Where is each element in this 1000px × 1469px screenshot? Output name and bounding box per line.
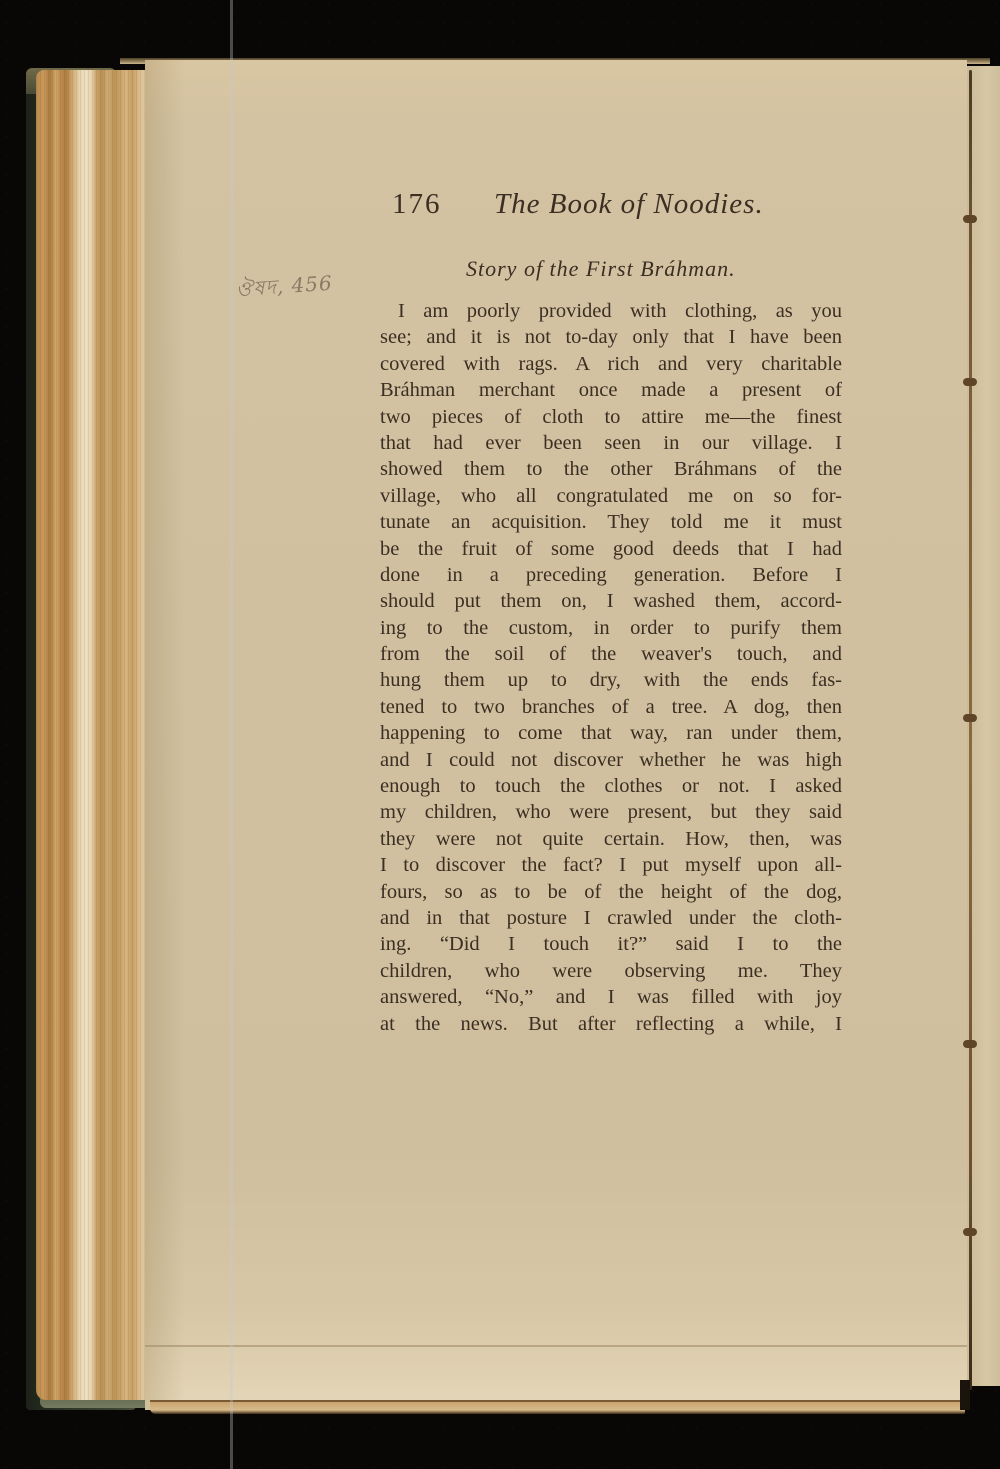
text-line: from the soil of the weaver's touch, and xyxy=(380,641,842,667)
text-line: should put them on, I washed them, accor… xyxy=(380,588,842,614)
text-line: see; and it is not to-day only that I ha… xyxy=(380,324,842,350)
text-line: answered, “No,” and I was filled with jo… xyxy=(380,984,842,1010)
page-block-edges xyxy=(36,70,156,1400)
text-line: showed them to the other Bráhmans of the xyxy=(380,456,842,482)
text-line: tened to two branches of a tree. A dog, … xyxy=(380,694,842,720)
text-line: Bráhman merchant once made a present of xyxy=(380,377,842,403)
thread-knot xyxy=(963,714,977,722)
text-line: village, who all congratulated me on so … xyxy=(380,483,842,509)
text-line: ing. “Did I touch it?” said I to the xyxy=(380,931,842,957)
binding-gap xyxy=(960,1380,970,1410)
page-bottom-fold xyxy=(145,1345,967,1347)
story-title: Story of the First Bráhman. xyxy=(466,256,736,282)
text-line: I to discover the fact? I put myself upo… xyxy=(380,852,842,878)
page-number: 176 xyxy=(392,188,442,221)
text-line: that had ever been seen in our village. … xyxy=(380,430,842,456)
text-line: covered with rags. A rich and very chari… xyxy=(380,351,842,377)
text-line: hung them up to dry, with the ends fas- xyxy=(380,667,842,693)
thread-knot xyxy=(963,1228,977,1236)
text-line: I am poorly provided with clothing, as y… xyxy=(380,298,842,324)
scanned-book-scene: 176 The Book of Noodies. ঔষদ, 456 Story … xyxy=(0,0,1000,1469)
text-line: they were not quite certain. How, then, … xyxy=(380,826,842,852)
running-head: 176 The Book of Noodies. xyxy=(0,188,1000,228)
text-line: tunate an acquisition. They told me it m… xyxy=(380,509,842,535)
text-line: and in that posture I crawled under the … xyxy=(380,905,842,931)
body-text: I am poorly provided with clothing, as y… xyxy=(380,298,842,1037)
running-title: The Book of Noodies. xyxy=(494,188,764,221)
thread-knot xyxy=(963,1040,977,1048)
text-line: done in a preceding generation. Before I xyxy=(380,562,842,588)
text-line: and I could not discover whether he was … xyxy=(380,747,842,773)
text-line: fours, so as to be of the height of the … xyxy=(380,879,842,905)
binding-thread xyxy=(969,70,972,1390)
text-line: at the news. But after reflecting a whil… xyxy=(380,1011,842,1037)
text-line: be the fruit of some good deeds that I h… xyxy=(380,536,842,562)
text-line: enough to touch the clothes or not. I as… xyxy=(380,773,842,799)
page-bottom-edge xyxy=(150,1400,965,1414)
text-line: two pieces of cloth to attire me—the fin… xyxy=(380,404,842,430)
pencil-margin-annotation: ঔষদ, 456 xyxy=(235,269,334,309)
text-line: ing to the custom, in order to purify th… xyxy=(380,615,842,641)
thread-knot xyxy=(963,378,977,386)
text-line: children, who were observing me. They xyxy=(380,958,842,984)
text-line: happening to come that way, ran under th… xyxy=(380,720,842,746)
text-line: my children, who were present, but they … xyxy=(380,799,842,825)
